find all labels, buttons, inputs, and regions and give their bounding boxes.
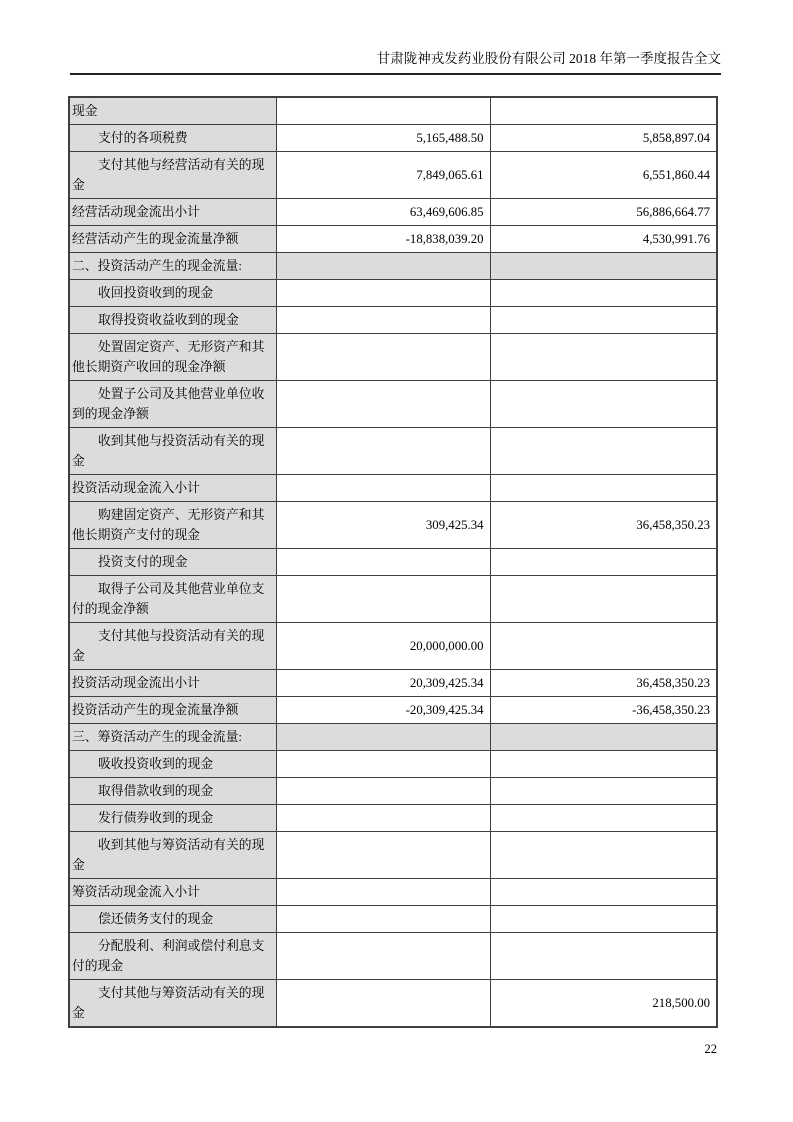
row-value1-cell: [276, 97, 490, 125]
row-value2-cell: [490, 751, 717, 778]
row-label-cell: 二、投资活动产生的现金流量:: [69, 253, 276, 280]
row-label-cell: 收到其他与投资活动有关的现金: [69, 428, 276, 475]
row-value2-cell: 5,858,897.04: [490, 125, 717, 152]
row-value1-cell: [276, 751, 490, 778]
row-value1-cell: 7,849,065.61: [276, 152, 490, 199]
table-row: 取得借款收到的现金: [69, 778, 717, 805]
table-row: 筹资活动现金流入小计: [69, 879, 717, 906]
row-value1-cell: 63,469,606.85: [276, 199, 490, 226]
row-label-cell: 支付的各项税费: [69, 125, 276, 152]
row-label-cell: 支付其他与筹资活动有关的现金: [69, 980, 276, 1028]
table-row: 收到其他与筹资活动有关的现金: [69, 832, 717, 879]
row-label-cell: 现金: [69, 97, 276, 125]
table-row: 吸收投资收到的现金: [69, 751, 717, 778]
row-value1-cell: [276, 475, 490, 502]
row-value1-cell: [276, 933, 490, 980]
table-body: 现金支付的各项税费5,165,488.505,858,897.04支付其他与经营…: [69, 97, 717, 1027]
table-row: 发行债券收到的现金: [69, 805, 717, 832]
row-label-cell: 三、筹资活动产生的现金流量:: [69, 724, 276, 751]
row-value2-cell: [490, 428, 717, 475]
row-label-cell: 投资活动产生的现金流量净额: [69, 697, 276, 724]
row-value1-cell: [276, 879, 490, 906]
report-title: 甘肃陇神戎发药业股份有限公司 2018 年第一季度报告全文: [377, 51, 721, 66]
table-row: 经营活动现金流出小计63,469,606.8556,886,664.77: [69, 199, 717, 226]
row-value2-cell: [490, 307, 717, 334]
row-value1-cell: [276, 307, 490, 334]
table-row: 收到其他与投资活动有关的现金: [69, 428, 717, 475]
table-row: 现金: [69, 97, 717, 125]
table-row: 投资活动现金流出小计20,309,425.3436,458,350.23: [69, 670, 717, 697]
row-value1-cell: 20,309,425.34: [276, 670, 490, 697]
row-label-cell: 收回投资收到的现金: [69, 280, 276, 307]
row-value2-cell: 36,458,350.23: [490, 670, 717, 697]
row-label-cell: 分配股利、利润或偿付利息支付的现金: [69, 933, 276, 980]
row-value2-cell: 218,500.00: [490, 980, 717, 1028]
table-row: 收回投资收到的现金: [69, 280, 717, 307]
row-value2-cell: [490, 778, 717, 805]
row-value1-cell: [276, 906, 490, 933]
table-row: 分配股利、利润或偿付利息支付的现金: [69, 933, 717, 980]
cash-flow-statement-table: 现金支付的各项税费5,165,488.505,858,897.04支付其他与经营…: [68, 96, 718, 1028]
row-value1-cell: [276, 576, 490, 623]
row-label-cell: 收到其他与筹资活动有关的现金: [69, 832, 276, 879]
row-label-cell: 处置子公司及其他营业单位收到的现金净额: [69, 381, 276, 428]
table-row: 投资支付的现金: [69, 549, 717, 576]
row-label-cell: 取得子公司及其他营业单位支付的现金净额: [69, 576, 276, 623]
row-value2-cell: [490, 832, 717, 879]
table-row: 取得投资收益收到的现金: [69, 307, 717, 334]
row-value2-cell: 4,530,991.76: [490, 226, 717, 253]
row-label-cell: 投资活动现金流出小计: [69, 670, 276, 697]
row-value1-cell: -18,838,039.20: [276, 226, 490, 253]
row-value2-cell: [490, 576, 717, 623]
table-row: 购建固定资产、无形资产和其他长期资产支付的现金309,425.3436,458,…: [69, 502, 717, 549]
table-row: 支付其他与投资活动有关的现金20,000,000.00: [69, 623, 717, 670]
row-value1-cell: [276, 549, 490, 576]
row-value2-cell: [490, 334, 717, 381]
row-label-cell: 投资支付的现金: [69, 549, 276, 576]
page-header: 甘肃陇神戎发药业股份有限公司 2018 年第一季度报告全文: [70, 50, 721, 75]
row-value1-cell: 5,165,488.50: [276, 125, 490, 152]
row-value2-cell: 56,886,664.77: [490, 199, 717, 226]
row-label-cell: 取得投资收益收到的现金: [69, 307, 276, 334]
table-row: 支付其他与经营活动有关的现金7,849,065.616,551,860.44: [69, 152, 717, 199]
row-value2-cell: [490, 724, 717, 751]
table-row: 投资活动现金流入小计: [69, 475, 717, 502]
row-value1-cell: 309,425.34: [276, 502, 490, 549]
table-row: 偿还债务支付的现金: [69, 906, 717, 933]
table-row: 处置固定资产、无形资产和其他长期资产收回的现金净额: [69, 334, 717, 381]
row-label-cell: 经营活动现金流出小计: [69, 199, 276, 226]
table-row: 支付其他与筹资活动有关的现金218,500.00: [69, 980, 717, 1028]
row-label-cell: 吸收投资收到的现金: [69, 751, 276, 778]
table-row: 投资活动产生的现金流量净额-20,309,425.34-36,458,350.2…: [69, 697, 717, 724]
table-row: 取得子公司及其他营业单位支付的现金净额: [69, 576, 717, 623]
row-value1-cell: -20,309,425.34: [276, 697, 490, 724]
row-value2-cell: -36,458,350.23: [490, 697, 717, 724]
row-value1-cell: [276, 832, 490, 879]
row-value2-cell: [490, 879, 717, 906]
row-label-cell: 购建固定资产、无形资产和其他长期资产支付的现金: [69, 502, 276, 549]
row-label-cell: 支付其他与投资活动有关的现金: [69, 623, 276, 670]
report-page: 甘肃陇神戎发药业股份有限公司 2018 年第一季度报告全文 现金支付的各项税费5…: [0, 0, 793, 1122]
row-value2-cell: 36,458,350.23: [490, 502, 717, 549]
row-value2-cell: [490, 381, 717, 428]
section-header-row: 三、筹资活动产生的现金流量:: [69, 724, 717, 751]
table-row: 经营活动产生的现金流量净额-18,838,039.204,530,991.76: [69, 226, 717, 253]
row-label-cell: 发行债券收到的现金: [69, 805, 276, 832]
row-value2-cell: [490, 906, 717, 933]
row-value1-cell: [276, 724, 490, 751]
row-label-cell: 偿还债务支付的现金: [69, 906, 276, 933]
row-label-cell: 取得借款收到的现金: [69, 778, 276, 805]
row-value1-cell: 20,000,000.00: [276, 623, 490, 670]
row-value2-cell: [490, 280, 717, 307]
section-header-row: 二、投资活动产生的现金流量:: [69, 253, 717, 280]
row-value2-cell: [490, 549, 717, 576]
table-row: 支付的各项税费5,165,488.505,858,897.04: [69, 125, 717, 152]
row-value2-cell: [490, 253, 717, 280]
row-label-cell: 处置固定资产、无形资产和其他长期资产收回的现金净额: [69, 334, 276, 381]
row-value1-cell: [276, 778, 490, 805]
row-value1-cell: [276, 334, 490, 381]
row-value2-cell: [490, 933, 717, 980]
row-value2-cell: 6,551,860.44: [490, 152, 717, 199]
row-value2-cell: [490, 805, 717, 832]
row-value1-cell: [276, 980, 490, 1028]
row-label-cell: 支付其他与经营活动有关的现金: [69, 152, 276, 199]
cash-flow-table-wrap: 现金支付的各项税费5,165,488.505,858,897.04支付其他与经营…: [68, 96, 718, 1028]
row-value1-cell: [276, 428, 490, 475]
row-value1-cell: [276, 280, 490, 307]
row-value2-cell: [490, 623, 717, 670]
row-value2-cell: [490, 475, 717, 502]
row-label-cell: 筹资活动现金流入小计: [69, 879, 276, 906]
table-row: 处置子公司及其他营业单位收到的现金净额: [69, 381, 717, 428]
row-value1-cell: [276, 253, 490, 280]
row-label-cell: 经营活动产生的现金流量净额: [69, 226, 276, 253]
page-number: 22: [705, 1041, 718, 1057]
row-value1-cell: [276, 381, 490, 428]
row-value1-cell: [276, 805, 490, 832]
row-value2-cell: [490, 97, 717, 125]
row-label-cell: 投资活动现金流入小计: [69, 475, 276, 502]
